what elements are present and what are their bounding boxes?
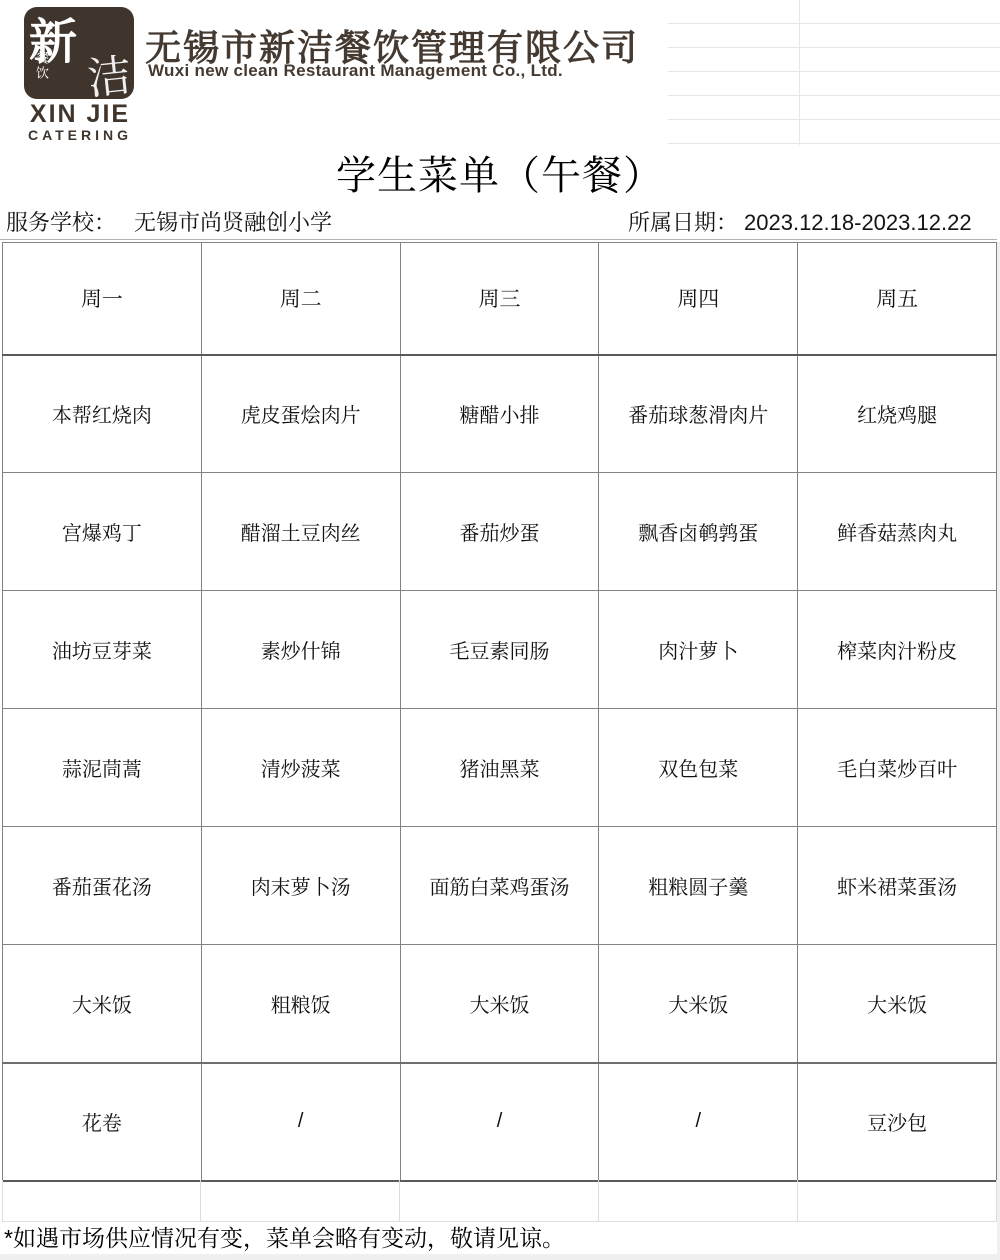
menu-sheet: 新 洁 餐饮 XIN JIE CATERING 无锡市新洁餐饮管理有限公司 Wu… [0, 0, 1000, 1254]
menu-cell: 花卷 [3, 1063, 202, 1181]
menu-row: 油坊豆芽菜素炒什锦毛豆素同肠肉汁萝卜榨菜肉汁粉皮 [3, 591, 997, 709]
meta-row: 服务学校：无锡市尚贤融创小学 所属日期：2023.12.18-2023.12.2… [0, 207, 997, 240]
menu-body: 本帮红烧肉虎皮蛋烩肉片糖醋小排番茄球葱滑肉片红烧鸡腿宫爆鸡丁醋溜土豆肉丝番茄炒蛋… [3, 355, 997, 1181]
menu-cell: 宫爆鸡丁 [3, 473, 202, 591]
brand-latin-name: XIN JIE [10, 100, 150, 129]
menu-cell: 粗粮圆子羹 [599, 827, 798, 945]
menu-date-range: 所属日期：2023.12.18-2023.12.22 [628, 207, 972, 238]
menu-cell: 番茄炒蛋 [400, 473, 599, 591]
service-school-value: 无锡市尚贤融创小学 [134, 210, 332, 235]
menu-cell: 糖醋小排 [400, 355, 599, 473]
menu-row: 宫爆鸡丁醋溜土豆肉丝番茄炒蛋飘香卤鹌鹑蛋鲜香菇蒸肉丸 [3, 473, 997, 591]
menu-cell: 红烧鸡腿 [798, 355, 997, 473]
empty-cell [400, 1180, 599, 1221]
day-header-cell: 周三 [400, 243, 599, 355]
menu-cell: 大米饭 [400, 945, 599, 1063]
spreadsheet-gridlines [668, 0, 1000, 145]
menu-cell: 猪油黑菜 [400, 709, 599, 827]
menu-cell: 大米饭 [798, 945, 997, 1063]
menu-row: 大米饭粗粮饭大米饭大米饭大米饭 [3, 945, 997, 1063]
menu-cell: 虾米裙菜蛋汤 [798, 827, 997, 945]
seal-catering-characters: 餐饮 [32, 51, 51, 81]
brand-latin-subtitle: CATERING [10, 127, 150, 143]
menu-cell: 醋溜土豆肉丝 [201, 473, 400, 591]
menu-cell: 油坊豆芽菜 [3, 591, 202, 709]
menu-cell: 双色包菜 [599, 709, 798, 827]
menu-cell: 素炒什锦 [201, 591, 400, 709]
menu-cell: 飘香卤鹌鹑蛋 [599, 473, 798, 591]
service-school-label: 服务学校： [6, 210, 116, 235]
day-header-cell: 周一 [3, 243, 202, 355]
letterhead: 新 洁 餐饮 XIN JIE CATERING 无锡市新洁餐饮管理有限公司 Wu… [0, 0, 1000, 143]
date-label: 所属日期： [628, 210, 738, 235]
company-name-english: Wuxi new clean Restaurant Management Co.… [148, 61, 563, 81]
day-header-cell: 周四 [599, 243, 798, 355]
menu-cell: 蒜泥茼蒿 [3, 709, 202, 827]
menu-cell: 榨菜肉汁粉皮 [798, 591, 997, 709]
spreadsheet-gridline-vertical [799, 0, 800, 145]
menu-cell: 本帮红烧肉 [3, 355, 202, 473]
menu-cell: 肉末萝卜汤 [201, 827, 400, 945]
empty-cell [798, 1180, 997, 1221]
menu-cell: 毛白菜炒百叶 [798, 709, 997, 827]
menu-row: 本帮红烧肉虎皮蛋烩肉片糖醋小排番茄球葱滑肉片红烧鸡腿 [3, 355, 997, 473]
menu-cell: 虎皮蛋烩肉片 [201, 355, 400, 473]
disclaimer-note: *如遇市场供应情况有变，菜单会略有变动，敬请见谅。 [0, 1222, 1000, 1254]
date-value: 2023.12.18-2023.12.22 [744, 210, 972, 235]
menu-cell: / [400, 1063, 599, 1181]
menu-cell: 粗粮饭 [201, 945, 400, 1063]
menu-row: 蒜泥茼蒿清炒菠菜猪油黑菜双色包菜毛白菜炒百叶 [3, 709, 997, 827]
company-seal-logo: 新 洁 餐饮 [24, 7, 134, 99]
menu-cell: 清炒菠菜 [201, 709, 400, 827]
seal-character-jie: 洁 [84, 39, 134, 99]
empty-cell [201, 1180, 400, 1221]
menu-cell: 肉汁萝卜 [599, 591, 798, 709]
menu-row: 番茄蛋花汤肉末萝卜汤面筋白菜鸡蛋汤粗粮圆子羹虾米裙菜蛋汤 [3, 827, 997, 945]
menu-cell: 番茄蛋花汤 [3, 827, 202, 945]
menu-cell: 毛豆素同肠 [400, 591, 599, 709]
menu-row: 花卷///豆沙包 [3, 1063, 997, 1181]
menu-cell: 鲜香菇蒸肉丸 [798, 473, 997, 591]
empty-cell-strip [2, 1180, 997, 1222]
page-title: 学生菜单（午餐） [0, 145, 1000, 207]
menu-cell: 番茄球葱滑肉片 [599, 355, 798, 473]
menu-cell: 豆沙包 [798, 1063, 997, 1181]
logo-block: 新 洁 餐饮 XIN JIE CATERING 无锡市新洁餐饮管理有限公司 Wu… [0, 0, 668, 139]
menu-header-row: 周一周二周三周四周五 [3, 243, 997, 355]
menu-cell: 面筋白菜鸡蛋汤 [400, 827, 599, 945]
service-school: 服务学校：无锡市尚贤融创小学 [6, 207, 332, 238]
menu-cell: 大米饭 [599, 945, 798, 1063]
menu-cell: / [201, 1063, 400, 1181]
menu-cell: / [599, 1063, 798, 1181]
day-header-cell: 周五 [798, 243, 997, 355]
weekly-menu-table: 周一周二周三周四周五 本帮红烧肉虎皮蛋烩肉片糖醋小排番茄球葱滑肉片红烧鸡腿宫爆鸡… [2, 242, 997, 1182]
empty-cell [2, 1180, 201, 1221]
empty-cell [599, 1180, 798, 1221]
day-header-cell: 周二 [201, 243, 400, 355]
menu-cell: 大米饭 [3, 945, 202, 1063]
